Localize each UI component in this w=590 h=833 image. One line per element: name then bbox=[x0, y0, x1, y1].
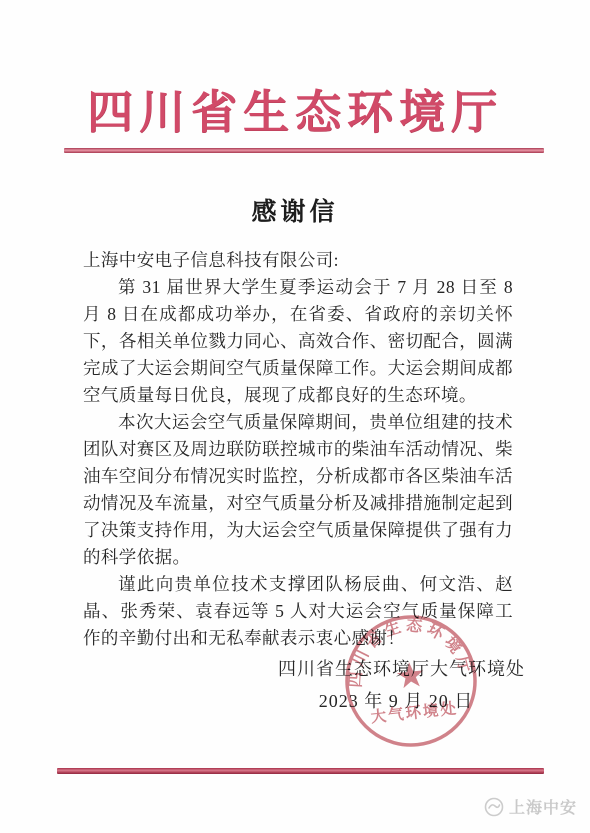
footer-watermark: 上海中安 bbox=[484, 795, 577, 818]
signature-block: 四川省生态环境厅大气环境处 2023 年 9 月 20 日 bbox=[278, 653, 514, 717]
shanghai-zhongan-logo-icon bbox=[484, 797, 504, 817]
body-paragraph-3: 谨此向贵单位技术支撑团队杨辰曲、何文浩、赵晶、张秀荣、袁春远等 5 人对大运会空… bbox=[83, 571, 513, 652]
body-paragraph-1: 第 31 届世界大学生夏季运动会于 7 月 28 日至 8 月 8 日在成都成功… bbox=[83, 274, 513, 409]
salutation-line: 上海中安电子信息科技有限公司: bbox=[83, 247, 513, 274]
letterhead-org-name: 四川省生态环境厅 bbox=[0, 76, 590, 142]
letterhead-divider-rule bbox=[64, 148, 544, 153]
signature-date: 2023 年 9 月 20 日 bbox=[278, 685, 514, 717]
body-paragraph-2: 本次大运会空气质量保障期间，贵单位组建的技术团队对赛区及周边联防联控城市的柴油车… bbox=[83, 409, 513, 571]
letter-page: 四川省生态环境厅 感谢信 上海中安电子信息科技有限公司: 第 31 届世界大学生… bbox=[0, 0, 590, 833]
footer-divider-rule bbox=[57, 768, 544, 774]
signature-org: 四川省生态环境厅大气环境处 bbox=[278, 653, 514, 685]
letter-body: 上海中安电子信息科技有限公司: 第 31 届世界大学生夏季运动会于 7 月 28… bbox=[83, 247, 513, 652]
footer-watermark-label: 上海中安 bbox=[509, 795, 577, 818]
letter-title: 感谢信 bbox=[0, 192, 590, 228]
